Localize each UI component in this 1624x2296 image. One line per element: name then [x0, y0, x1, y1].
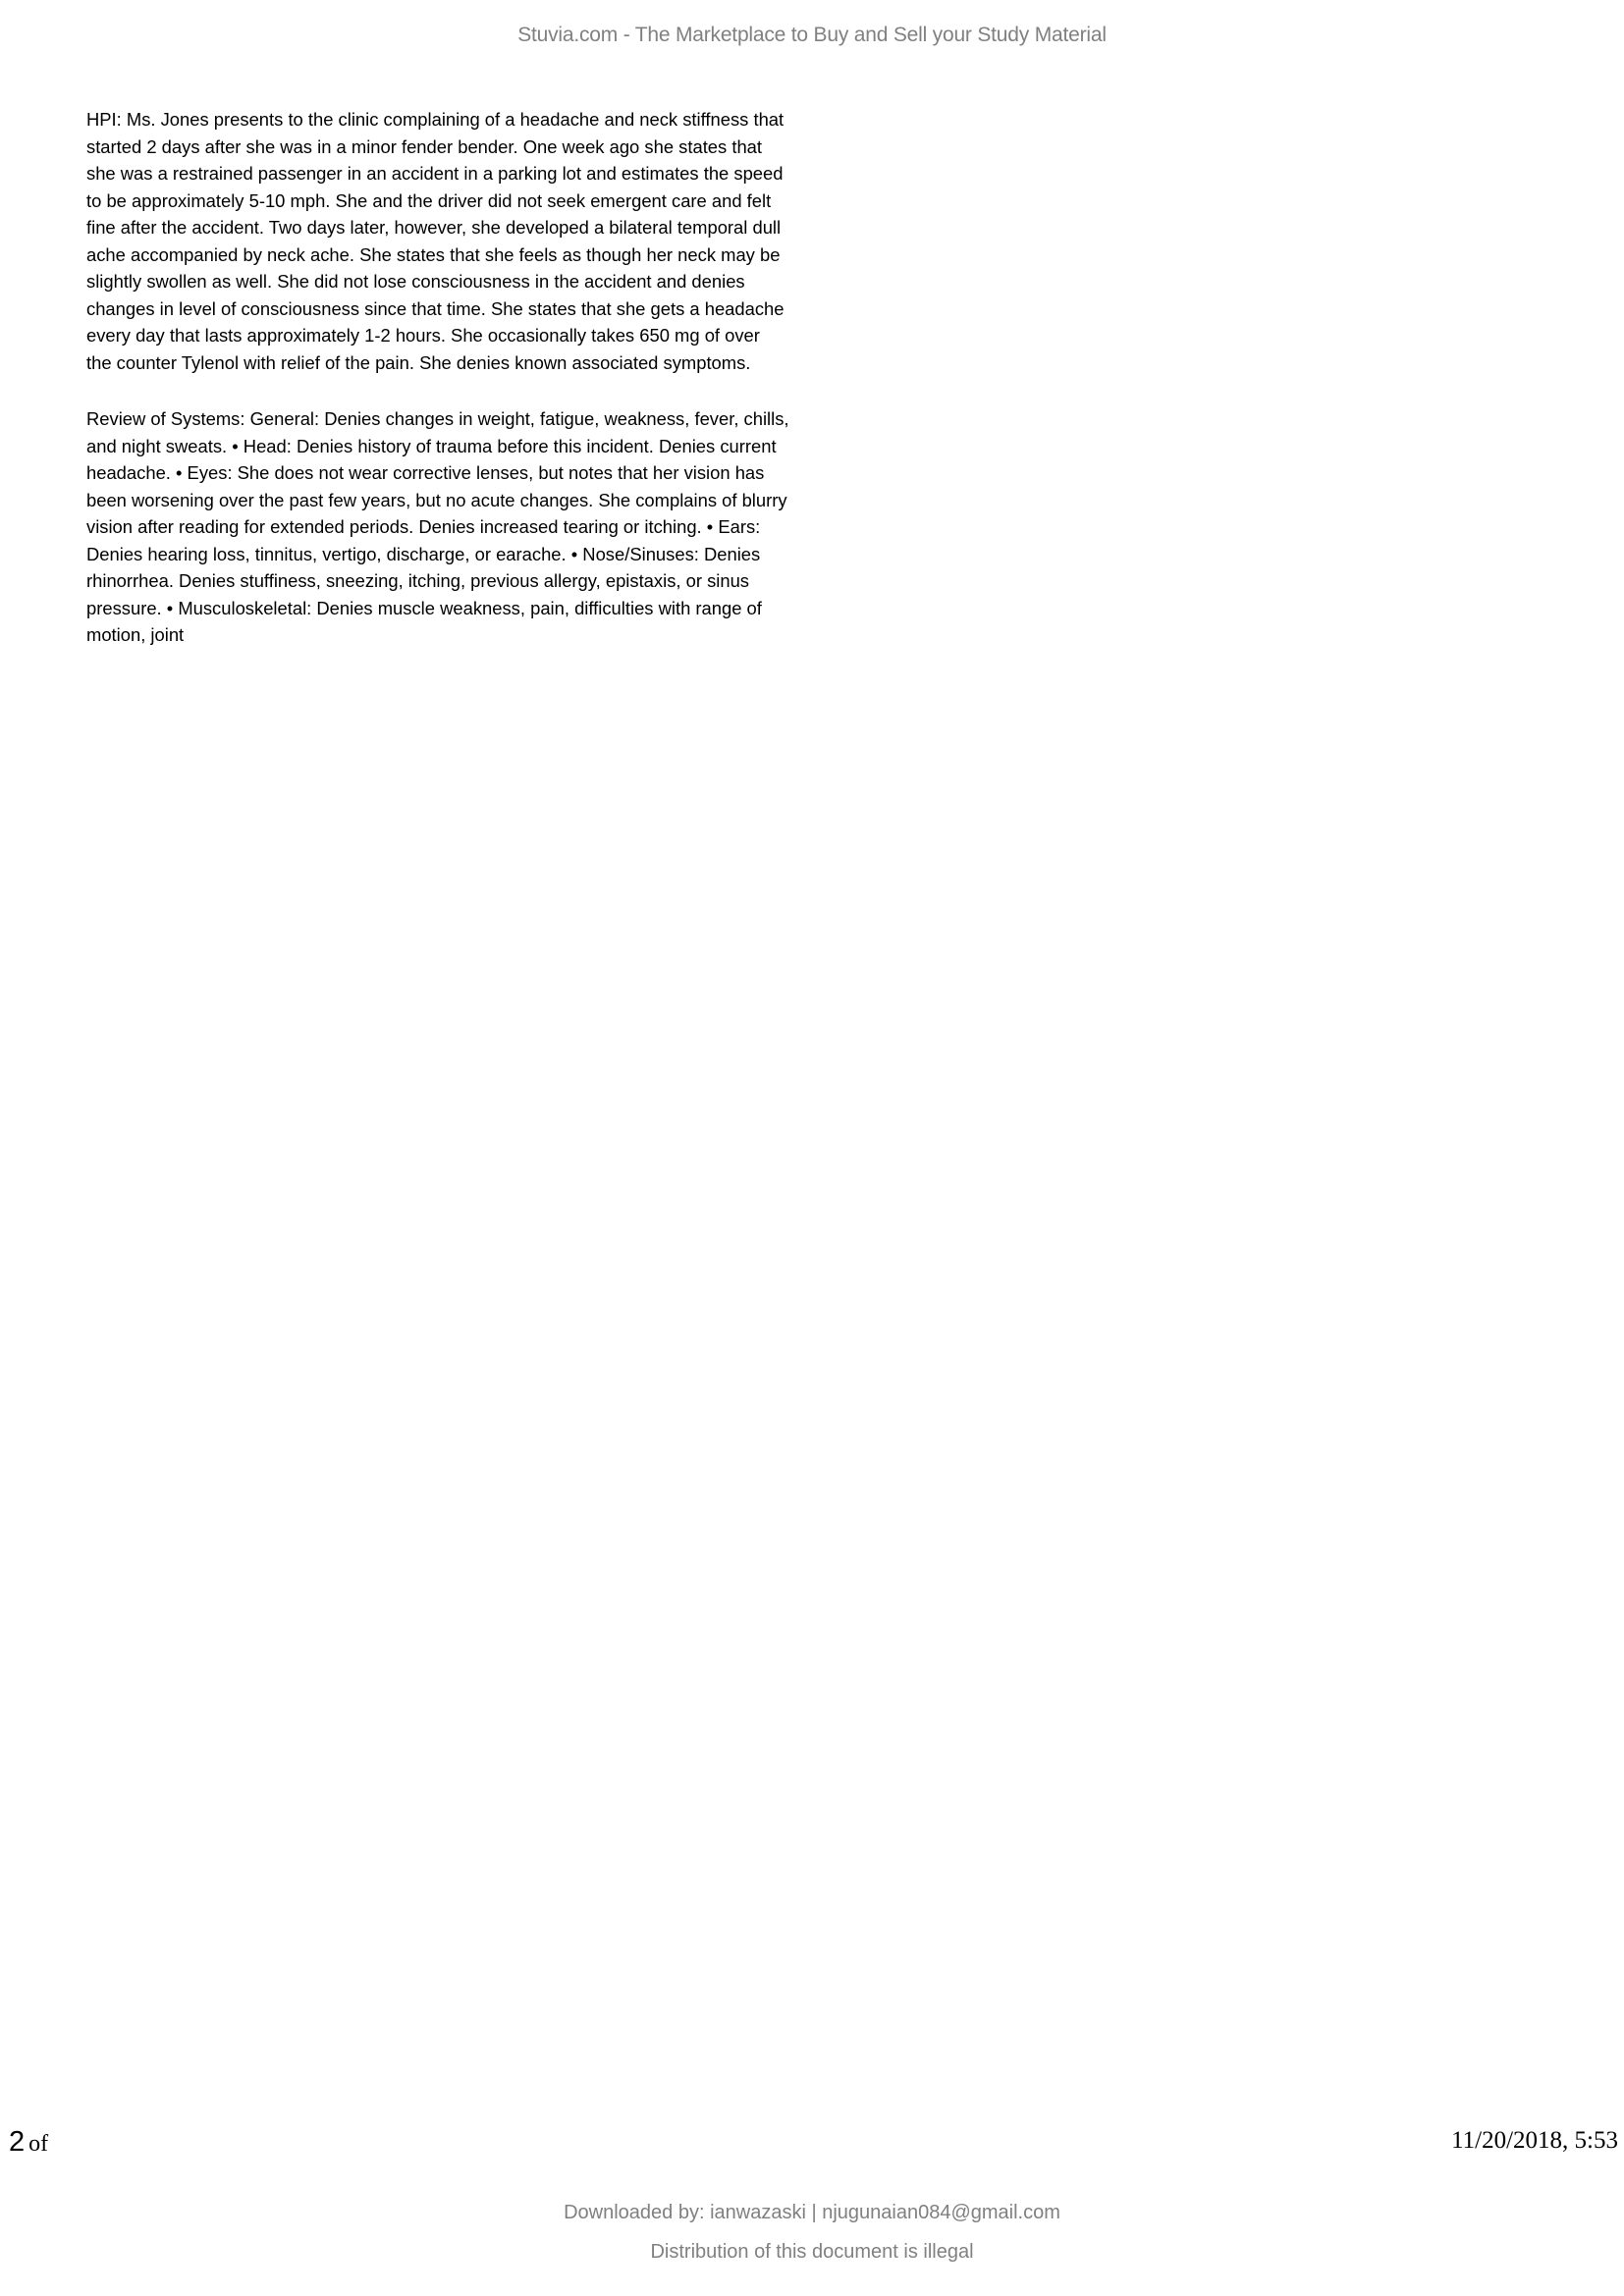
- text-line: headache. • Eyes: She does not wear corr…: [86, 459, 931, 487]
- review-of-systems-paragraph: Review of Systems: General: Denies chang…: [86, 405, 931, 649]
- downloaded-by-notice: Downloaded by: ianwazaski | njugunaian08…: [0, 2202, 1624, 2224]
- text-line: been worsening over the past few years, …: [86, 487, 931, 514]
- page-number: 2: [9, 2126, 25, 2158]
- text-line: started 2 days after she was in a minor …: [86, 133, 931, 161]
- text-line: she was a restrained passenger in an acc…: [86, 160, 931, 187]
- page-indicator: 2of: [9, 2126, 48, 2159]
- text-line: Review of Systems: General: Denies chang…: [86, 405, 931, 433]
- document-body: HPI: Ms. Jones presents to the clinic co…: [86, 106, 931, 649]
- page-of-label: of: [28, 2131, 48, 2157]
- text-line: Denies hearing loss, tinnitus, vertigo, …: [86, 541, 931, 568]
- text-line: rhinorrhea. Denies stuffiness, sneezing,…: [86, 567, 931, 595]
- text-line: fine after the accident. Two days later,…: [86, 214, 931, 241]
- print-datetime: 11/20/2018, 5:53: [1451, 2127, 1618, 2155]
- text-line: HPI: Ms. Jones presents to the clinic co…: [86, 106, 931, 133]
- text-line: the counter Tylenol with relief of the p…: [86, 349, 931, 377]
- text-line: vision after reading for extended period…: [86, 513, 931, 541]
- text-line: ache accompanied by neck ache. She state…: [86, 241, 931, 269]
- stuvia-banner: Stuvia.com - The Marketplace to Buy and …: [0, 24, 1624, 47]
- text-line: motion, joint: [86, 621, 931, 649]
- text-line: pressure. • Musculoskeletal: Denies musc…: [86, 595, 931, 622]
- text-line: and night sweats. • Head: Denies history…: [86, 433, 931, 460]
- text-line: slightly swollen as well. She did not lo…: [86, 268, 931, 295]
- text-line: to be approximately 5-10 mph. She and th…: [86, 187, 931, 215]
- text-line: changes in level of consciousness since …: [86, 295, 931, 323]
- text-line: every day that lasts approximately 1-2 h…: [86, 322, 931, 349]
- distribution-notice: Distribution of this document is illegal: [0, 2241, 1624, 2264]
- hpi-paragraph: HPI: Ms. Jones presents to the clinic co…: [86, 106, 931, 376]
